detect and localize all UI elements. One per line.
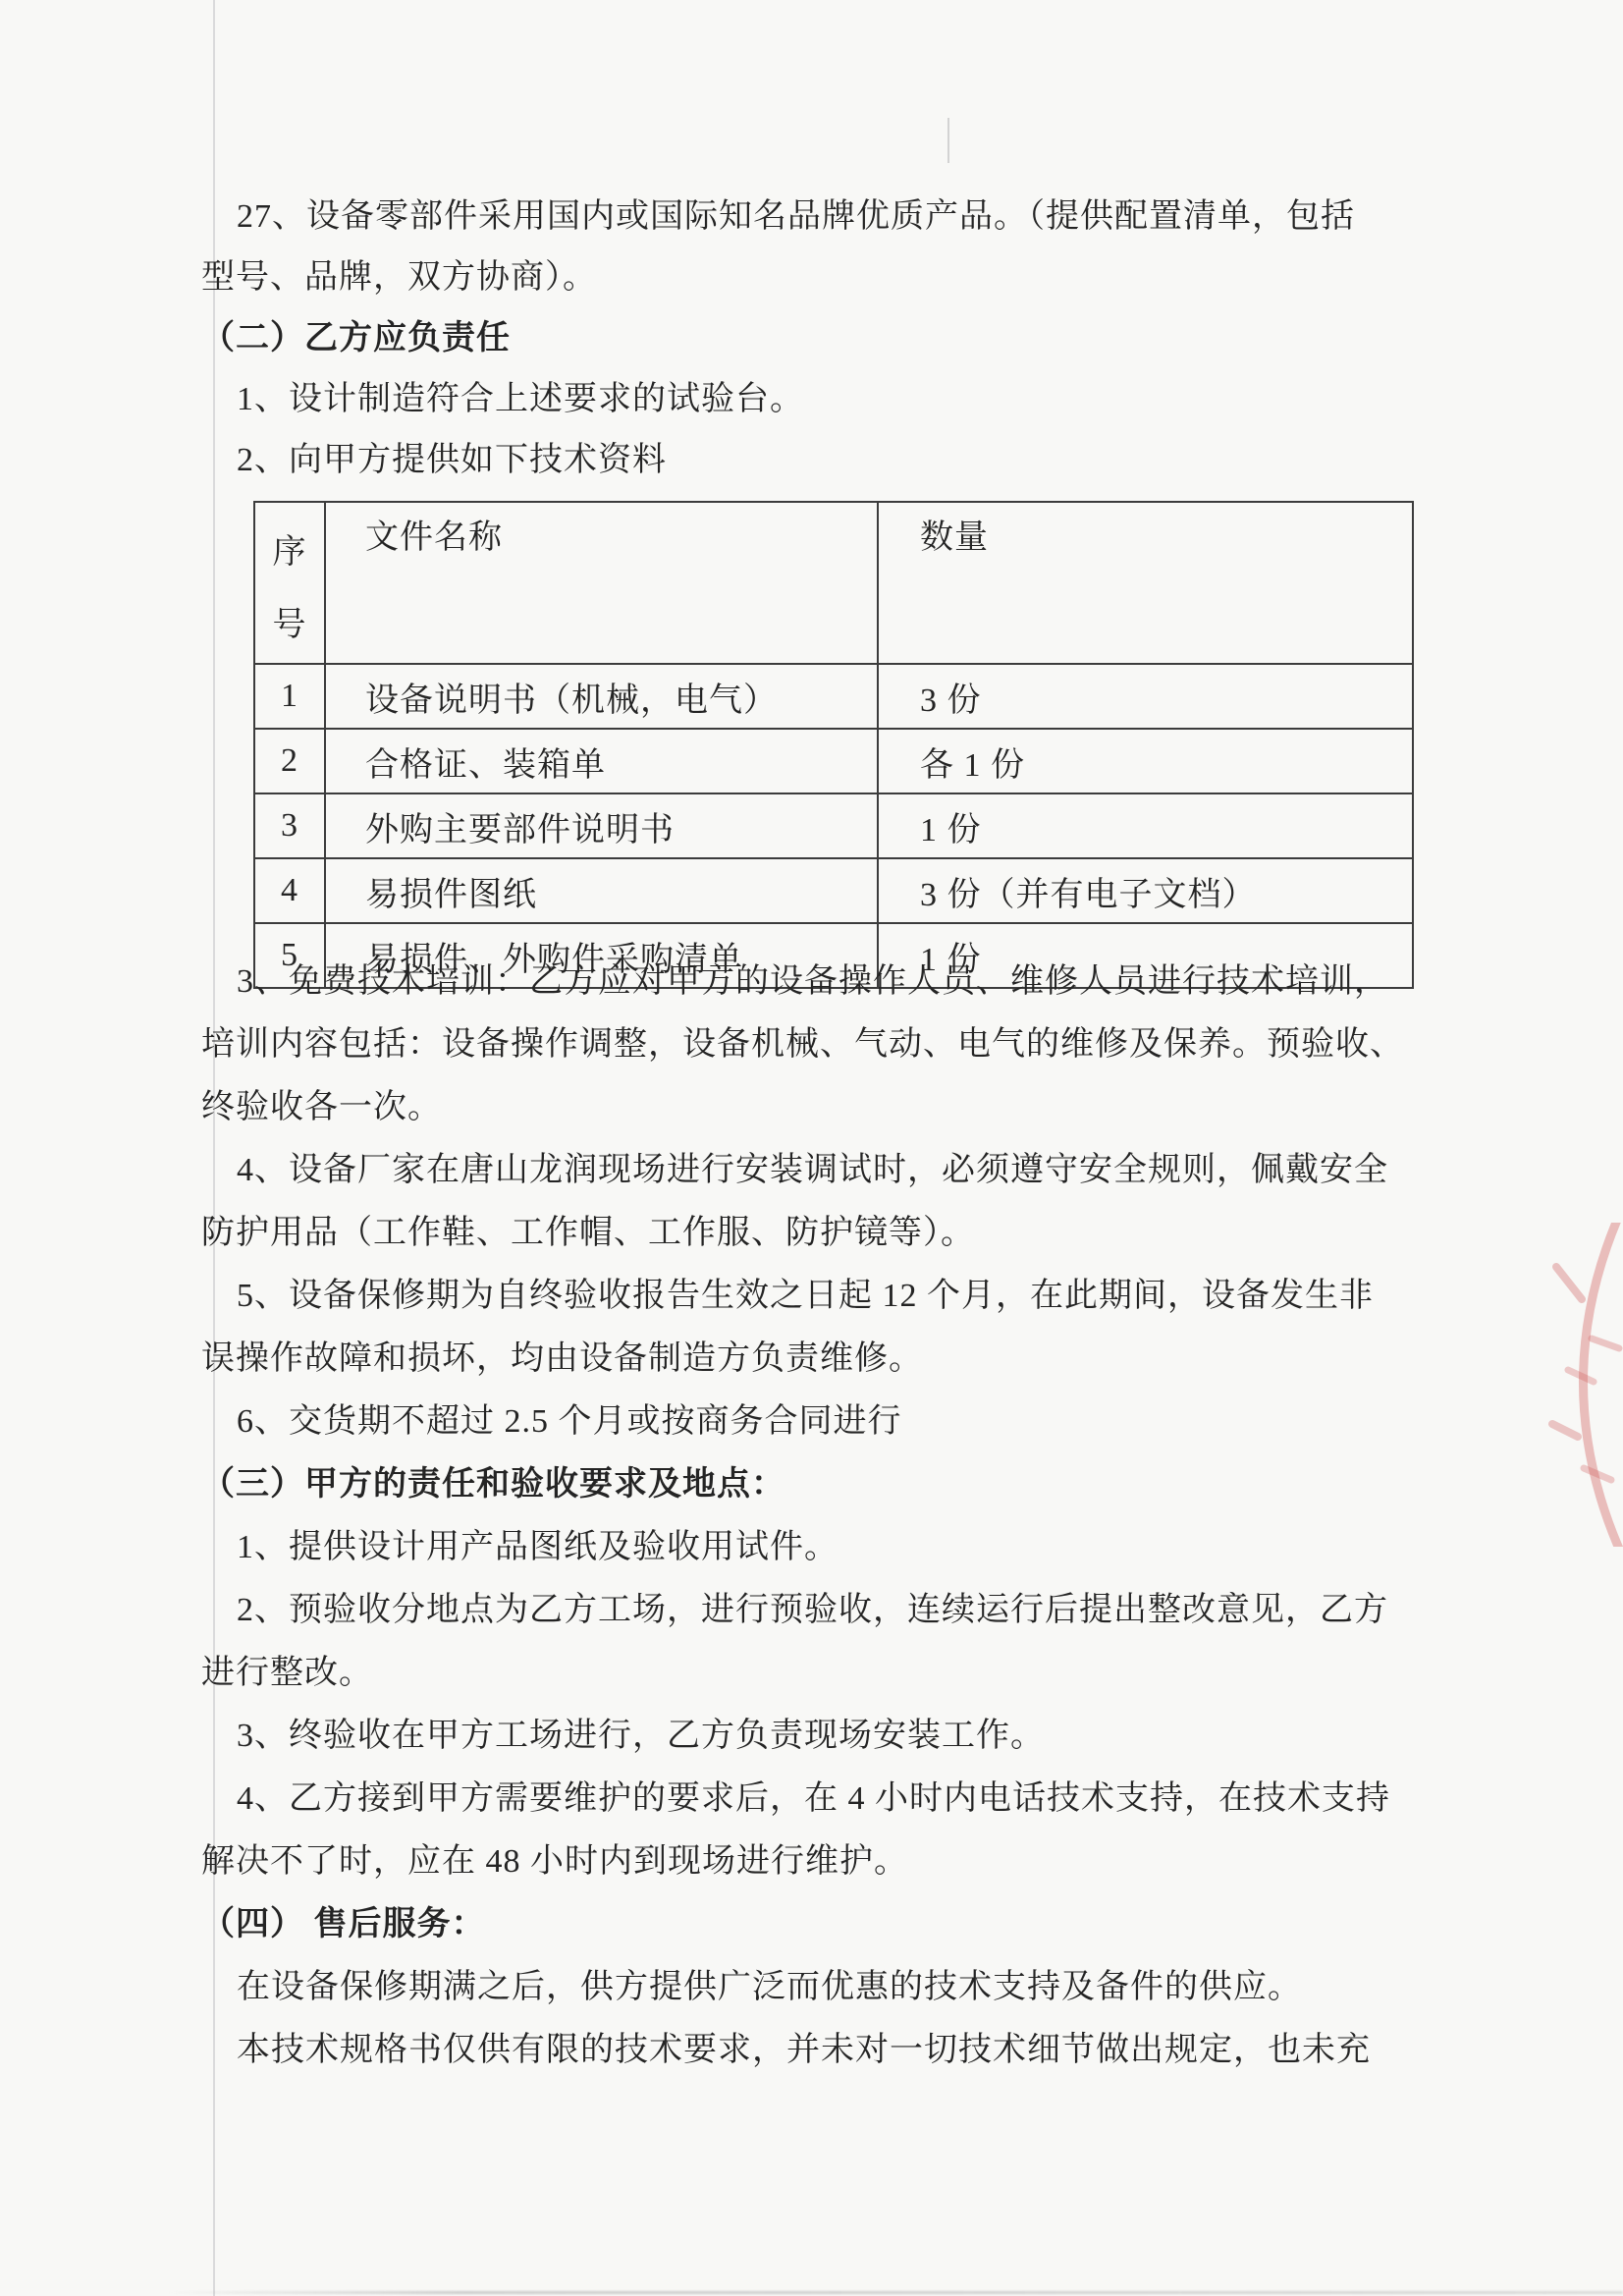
text-line: 2、预验收分地点为乙方工场，进行预验收，连续运行后提出整改意见，乙方 <box>201 1579 1478 1642</box>
table-cell: 1 份 <box>878 793 1413 858</box>
text-line: 进行整改。 <box>201 1642 1478 1705</box>
text-line: 型号、品牌，双方协商）。 <box>201 247 1478 308</box>
table-header-cell: 序号 <box>254 502 325 664</box>
table-header-cell: 数量 <box>878 502 1413 664</box>
text-line: 在设备保修期满之后，供方提供广泛而优惠的技术支持及备件的供应。 <box>201 1956 1478 2019</box>
table-body: 1设备说明书（机械，电气）3 份2合格证、装箱单各 1 份3外购主要部件说明书1… <box>254 664 1413 988</box>
table-row: 4易损件图纸3 份（并有电子文档） <box>254 858 1413 923</box>
table-cell: 3 <box>254 793 325 858</box>
text-line: 4、设备厂家在唐山龙润现场进行安装调试时，必须遵守安全规则，佩戴安全 <box>201 1139 1478 1202</box>
table-cell: 外购主要部件说明书 <box>325 793 878 858</box>
table-row: 3外购主要部件说明书1 份 <box>254 793 1413 858</box>
table-cell: 易损件图纸 <box>325 858 878 923</box>
text-line: 6、交货期不超过 2.5 个月或按商务合同进行 <box>201 1391 1478 1453</box>
text-line: 本技术规格书仅供有限的技术要求，并未对一切技术细节做出规定，也未充 <box>201 2019 1478 2082</box>
table-cell: 2 <box>254 729 325 793</box>
table-row: 1设备说明书（机械，电气）3 份 <box>254 664 1413 729</box>
text-line: 1、提供设计用产品图纸及验收用试件。 <box>201 1516 1478 1579</box>
table-cell: 设备说明书（机械，电气） <box>325 664 878 729</box>
table-row: 2合格证、装箱单各 1 份 <box>254 729 1413 793</box>
section-heading: （三）甲方的责任和验收要求及地点： <box>201 1453 1478 1516</box>
text-line: 终验收各一次。 <box>201 1076 1478 1139</box>
text-line: 1、设计制造符合上述要求的试验台。 <box>201 369 1478 430</box>
text-line: 5、设备保修期为自终验收报告生效之日起 12 个月，在此期间，设备发生非 <box>201 1265 1478 1328</box>
text-line: 27、设备零部件采用国内或国际知名品牌优质产品。（提供配置清单，包括 <box>201 187 1478 247</box>
table-cell: 1 <box>254 664 325 729</box>
table-cell: 4 <box>254 858 325 923</box>
table-cell: 合格证、装箱单 <box>325 729 878 793</box>
section-heading: （二）乙方应负责任 <box>201 308 1478 369</box>
text-line: 培训内容包括：设备操作调整，设备机械、气动、电气的维修及保养。预验收、 <box>201 1013 1478 1076</box>
technical-documents-table: 序号文件名称数量 1设备说明书（机械，电气）3 份2合格证、装箱单各 1 份3外… <box>253 501 1414 989</box>
text-line: 解决不了时，应在 48 小时内到现场进行维护。 <box>201 1831 1478 1893</box>
paragraph-block-top: 27、设备零部件采用国内或国际知名品牌优质产品。（提供配置清单，包括型号、品牌，… <box>201 187 1478 491</box>
table-header: 序号文件名称数量 <box>254 502 1413 664</box>
text-line: 4、乙方接到甲方需要维护的要求后，在 4 小时内电话技术支持，在技术支持 <box>201 1768 1478 1831</box>
table-header-cell: 文件名称 <box>325 502 878 664</box>
scan-artifact <box>947 118 949 163</box>
text-line: 3、免费技术培训：乙方应对甲方的设备操作人员、维修人员进行技术培训， <box>201 951 1478 1013</box>
table-cell: 各 1 份 <box>878 729 1413 793</box>
scanned-contract-page: 27、设备零部件采用国内或国际知名品牌优质产品。（提供配置清单，包括型号、品牌，… <box>0 0 1623 2296</box>
text-line: 误操作故障和损坏，均由设备制造方负责维修。 <box>201 1328 1478 1391</box>
page-bottom-shadow <box>167 2291 1623 2294</box>
red-seal-fragment <box>1495 1223 1623 1547</box>
text-line: 3、终验收在甲方工场进行，乙方负责现场安装工作。 <box>201 1705 1478 1768</box>
paragraph-block-bottom: 3、免费技术培训：乙方应对甲方的设备操作人员、维修人员进行技术培训，培训内容包括… <box>201 951 1478 2082</box>
table-cell: 3 份（并有电子文档） <box>878 858 1413 923</box>
table-cell: 3 份 <box>878 664 1413 729</box>
section-heading: （四） 售后服务： <box>201 1893 1478 1956</box>
text-line: 防护用品（工作鞋、工作帽、工作服、防护镜等）。 <box>201 1202 1478 1265</box>
text-line: 2、向甲方提供如下技术资料 <box>201 430 1478 491</box>
